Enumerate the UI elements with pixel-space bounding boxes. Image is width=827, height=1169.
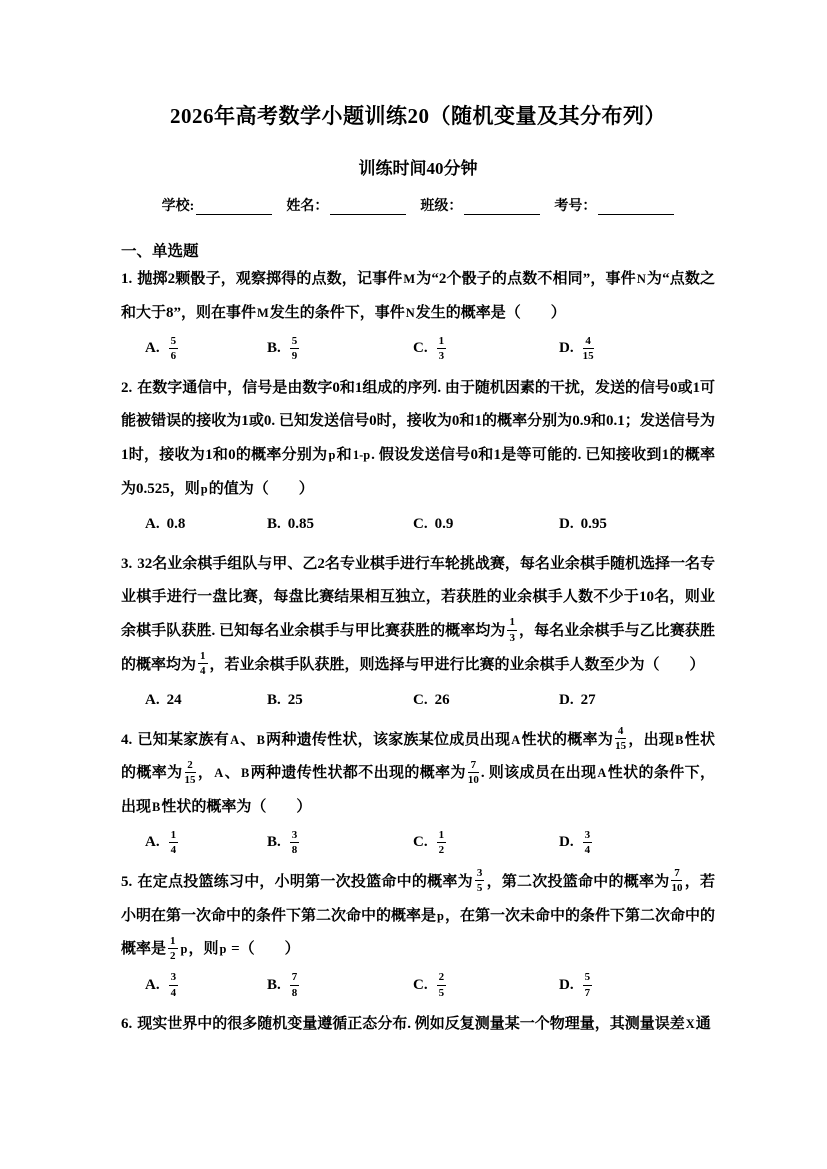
question-6-number: 6. bbox=[121, 1016, 132, 1032]
question-2-number: 2. bbox=[121, 380, 132, 396]
denominator: 4 bbox=[169, 986, 179, 999]
fraction: 38 bbox=[290, 829, 300, 856]
question-5-options: A.34B.78C.25D.57 bbox=[121, 968, 715, 1002]
fraction: 34 bbox=[583, 829, 593, 856]
form-field-school: 学校: bbox=[162, 195, 273, 215]
question-2-options: A.0.8B.0.85C.0.9D.0.95 bbox=[121, 508, 715, 542]
question-1-option-A: A.56 bbox=[145, 335, 267, 362]
denominator: 7 bbox=[583, 986, 593, 999]
fraction: 35 bbox=[475, 867, 485, 894]
denominator: 9 bbox=[290, 349, 300, 362]
denominator: 15 bbox=[615, 739, 626, 752]
form-field-class: 班级： bbox=[420, 195, 540, 215]
question-2: 2.在数字通信中，信号是由数字0和1组成的序列. 由于随机因素的干扰，发送的信号… bbox=[121, 372, 715, 542]
question-2-option-A: A.0.8 bbox=[145, 516, 267, 533]
option-letter-B: B. bbox=[267, 340, 281, 357]
math-variable: p bbox=[200, 482, 209, 496]
option-letter-B: B. bbox=[267, 834, 281, 851]
question-4-number: 4. bbox=[121, 732, 132, 748]
denominator: 4 bbox=[583, 843, 593, 856]
numerator: 3 bbox=[169, 971, 179, 985]
fraction: 13 bbox=[507, 616, 517, 643]
question-1: 1.抛掷2颗骰子，观察掷得的点数，记事件M为“2个骰子的点数不相同”，事件N为“… bbox=[121, 263, 715, 366]
question-2-stem: 2.在数字通信中，信号是由数字0和1组成的序列. 由于随机因素的干扰，发送的信号… bbox=[121, 372, 715, 507]
numerator: 4 bbox=[615, 725, 626, 739]
fraction: 710 bbox=[671, 867, 682, 894]
denominator: 15 bbox=[185, 773, 196, 786]
denominator: 4 bbox=[169, 843, 179, 856]
question-6-stem: 6.现实世界中的很多随机变量遵循正态分布. 例如反复测量某一个物理量，其测量误差… bbox=[121, 1008, 715, 1042]
fraction: 12 bbox=[168, 935, 178, 962]
question-1-option-D: D.415 bbox=[559, 335, 715, 362]
numerator: 1 bbox=[169, 829, 179, 843]
math-variable: p bbox=[436, 909, 445, 923]
exam-paper-page: 2026年高考数学小题训练20（随机变量及其分布列） 训练时间40分钟 学校:姓… bbox=[0, 0, 827, 1169]
fraction: 56 bbox=[169, 335, 179, 362]
fraction: 34 bbox=[169, 971, 179, 998]
question-1-stem: 1.抛掷2颗骰子，观察掷得的点数，记事件M为“2个骰子的点数不相同”，事件N为“… bbox=[121, 263, 715, 331]
math-variable: B bbox=[256, 733, 266, 747]
denominator: 3 bbox=[507, 631, 517, 644]
form-field-name: 姓名： bbox=[286, 195, 406, 215]
math-variable: X bbox=[685, 1017, 696, 1031]
question-1-number: 1. bbox=[121, 271, 132, 287]
question-3-stem: 3.32名业余棋手组队与甲、乙2名专业棋手进行车轮挑战赛，每名业余棋手随机选择一… bbox=[121, 548, 715, 683]
option-letter-D: D. bbox=[559, 977, 574, 994]
numerator: 1 bbox=[507, 616, 517, 630]
fraction: 25 bbox=[437, 971, 447, 998]
denominator: 2 bbox=[168, 949, 178, 962]
question-3-option-A: A.24 bbox=[145, 692, 267, 709]
class-label: 班级： bbox=[420, 195, 462, 215]
math-variable: p bbox=[218, 942, 227, 956]
math-variable: 1-p bbox=[352, 448, 371, 462]
numerator: 7 bbox=[290, 971, 300, 985]
math-variable: B bbox=[240, 766, 250, 780]
math-variable: A bbox=[596, 766, 607, 780]
option-letter-C: C. bbox=[413, 977, 428, 994]
option-letter-B: B. bbox=[267, 516, 281, 533]
option-letter-D: D. bbox=[559, 516, 574, 533]
question-3-option-B: B.25 bbox=[267, 692, 413, 709]
fraction: 78 bbox=[290, 971, 300, 998]
numerator: 4 bbox=[583, 335, 594, 349]
fraction: 215 bbox=[185, 759, 196, 786]
fraction: 415 bbox=[615, 725, 626, 752]
class-blank bbox=[464, 198, 540, 215]
question-5-number: 5. bbox=[121, 874, 132, 890]
math-variable: A bbox=[510, 733, 521, 747]
question-3-option-D: D.27 bbox=[559, 692, 715, 709]
question-4: 4.已知某家族有A、B两种遗传性状，该家族某位成员出现A性状的概率为415，出现… bbox=[121, 724, 715, 860]
denominator: 5 bbox=[475, 881, 485, 894]
numerator: 3 bbox=[475, 867, 485, 881]
numerator: 5 bbox=[290, 335, 300, 349]
question-4-stem: 4.已知某家族有A、B两种遗传性状，该家族某位成员出现A性状的概率为415，出现… bbox=[121, 724, 715, 825]
numerator: 1 bbox=[437, 829, 447, 843]
question-4-option-A: A.14 bbox=[145, 829, 267, 856]
fraction: 14 bbox=[198, 650, 208, 677]
numerator: 7 bbox=[671, 867, 682, 881]
question-3-option-C: C.26 bbox=[413, 692, 559, 709]
form-field-exam-number: 考号： bbox=[554, 195, 674, 215]
numerator: 1 bbox=[198, 650, 208, 664]
math-variable: A bbox=[229, 733, 240, 747]
section-heading: 一、单选题 bbox=[121, 239, 715, 261]
numerator: 5 bbox=[169, 335, 179, 349]
math-variable: p bbox=[327, 448, 336, 462]
denominator: 10 bbox=[468, 773, 479, 786]
question-5-stem: 5.在定点投篮练习中，小明第一次投篮命中的概率为35，第二次投篮命中的概率为71… bbox=[121, 866, 715, 967]
option-letter-A: A. bbox=[145, 834, 160, 851]
option-letter-D: D. bbox=[559, 340, 574, 357]
question-4-option-C: C.12 bbox=[413, 829, 559, 856]
question-5: 5.在定点投篮练习中，小明第一次投篮命中的概率为35，第二次投篮命中的概率为71… bbox=[121, 866, 715, 1002]
option-letter-D: D. bbox=[559, 692, 574, 709]
option-letter-A: A. bbox=[145, 516, 160, 533]
school-label: 学校: bbox=[162, 195, 195, 215]
page-content: 2026年高考数学小题训练20（随机变量及其分布列） 训练时间40分钟 学校:姓… bbox=[0, 0, 827, 1042]
fraction: 415 bbox=[583, 335, 594, 362]
fraction: 57 bbox=[583, 971, 593, 998]
denominator: 8 bbox=[290, 843, 300, 856]
question-4-option-D: D.34 bbox=[559, 829, 715, 856]
page-subtitle: 训练时间40分钟 bbox=[121, 154, 715, 179]
denominator: 5 bbox=[437, 986, 447, 999]
page-title: 2026年高考数学小题训练20（随机变量及其分布列） bbox=[121, 100, 715, 130]
question-3-options: A.24B.25C.26D.27 bbox=[121, 684, 715, 718]
school-blank bbox=[196, 198, 272, 215]
math-variable: A bbox=[213, 766, 224, 780]
option-letter-A: A. bbox=[145, 692, 160, 709]
question-1-option-B: B.59 bbox=[267, 335, 413, 362]
denominator: 3 bbox=[437, 349, 447, 362]
option-letter-D: D. bbox=[559, 834, 574, 851]
denominator: 15 bbox=[583, 349, 594, 362]
option-letter-C: C. bbox=[413, 340, 428, 357]
math-variable: M bbox=[256, 306, 270, 320]
name-blank bbox=[330, 198, 406, 215]
denominator: 10 bbox=[671, 881, 682, 894]
denominator: 6 bbox=[169, 349, 179, 362]
numerator: 2 bbox=[185, 759, 196, 773]
option-letter-C: C. bbox=[413, 516, 428, 533]
denominator: 8 bbox=[290, 986, 300, 999]
question-4-option-B: B.38 bbox=[267, 829, 413, 856]
question-4-options: A.14B.38C.12D.34 bbox=[121, 826, 715, 860]
numerator: 2 bbox=[437, 971, 447, 985]
math-variable: N bbox=[405, 306, 416, 320]
option-letter-C: C. bbox=[413, 834, 428, 851]
math-variable: p bbox=[180, 942, 189, 956]
fraction: 59 bbox=[290, 335, 300, 362]
question-2-option-D: D.0.95 bbox=[559, 516, 715, 533]
numerator: 1 bbox=[437, 335, 447, 349]
question-5-option-C: C.25 bbox=[413, 971, 559, 998]
math-variable: B bbox=[674, 733, 684, 747]
denominator: 4 bbox=[198, 664, 208, 677]
numerator: 1 bbox=[168, 935, 178, 949]
numerator: 3 bbox=[583, 829, 593, 843]
fraction: 13 bbox=[437, 335, 447, 362]
exam-number-label: 考号： bbox=[554, 195, 596, 215]
option-letter-C: C. bbox=[413, 692, 428, 709]
student-info-form: 学校:姓名：班级：考号： bbox=[121, 195, 715, 215]
numerator: 3 bbox=[290, 829, 300, 843]
option-letter-B: B. bbox=[267, 977, 281, 994]
question-6: 6.现实世界中的很多随机变量遵循正态分布. 例如反复测量某一个物理量，其测量误差… bbox=[121, 1008, 715, 1042]
question-5-option-B: B.78 bbox=[267, 971, 413, 998]
question-3-number: 3. bbox=[121, 556, 132, 572]
question-2-option-C: C.0.9 bbox=[413, 516, 559, 533]
fraction: 14 bbox=[169, 829, 179, 856]
question-2-option-B: B.0.85 bbox=[267, 516, 413, 533]
question-1-options: A.56B.59C.13D.415 bbox=[121, 332, 715, 366]
questions-container: 1.抛掷2颗骰子，观察掷得的点数，记事件M为“2个骰子的点数不相同”，事件N为“… bbox=[121, 263, 715, 1042]
question-5-option-A: A.34 bbox=[145, 971, 267, 998]
math-variable: M bbox=[402, 272, 416, 286]
name-label: 姓名： bbox=[286, 195, 328, 215]
denominator: 2 bbox=[437, 843, 447, 856]
fraction: 12 bbox=[437, 829, 447, 856]
numerator: 5 bbox=[583, 971, 593, 985]
math-variable: B bbox=[151, 800, 161, 814]
option-letter-B: B. bbox=[267, 692, 281, 709]
question-1-option-C: C.13 bbox=[413, 335, 559, 362]
option-letter-A: A. bbox=[145, 340, 160, 357]
question-3: 3.32名业余棋手组队与甲、乙2名专业棋手进行车轮挑战赛，每名业余棋手随机选择一… bbox=[121, 548, 715, 718]
numerator: 7 bbox=[468, 759, 479, 773]
question-5-option-D: D.57 bbox=[559, 971, 715, 998]
exam-number-blank bbox=[598, 198, 674, 215]
option-letter-A: A. bbox=[145, 977, 160, 994]
fraction: 710 bbox=[468, 759, 479, 786]
math-variable: N bbox=[636, 272, 647, 286]
